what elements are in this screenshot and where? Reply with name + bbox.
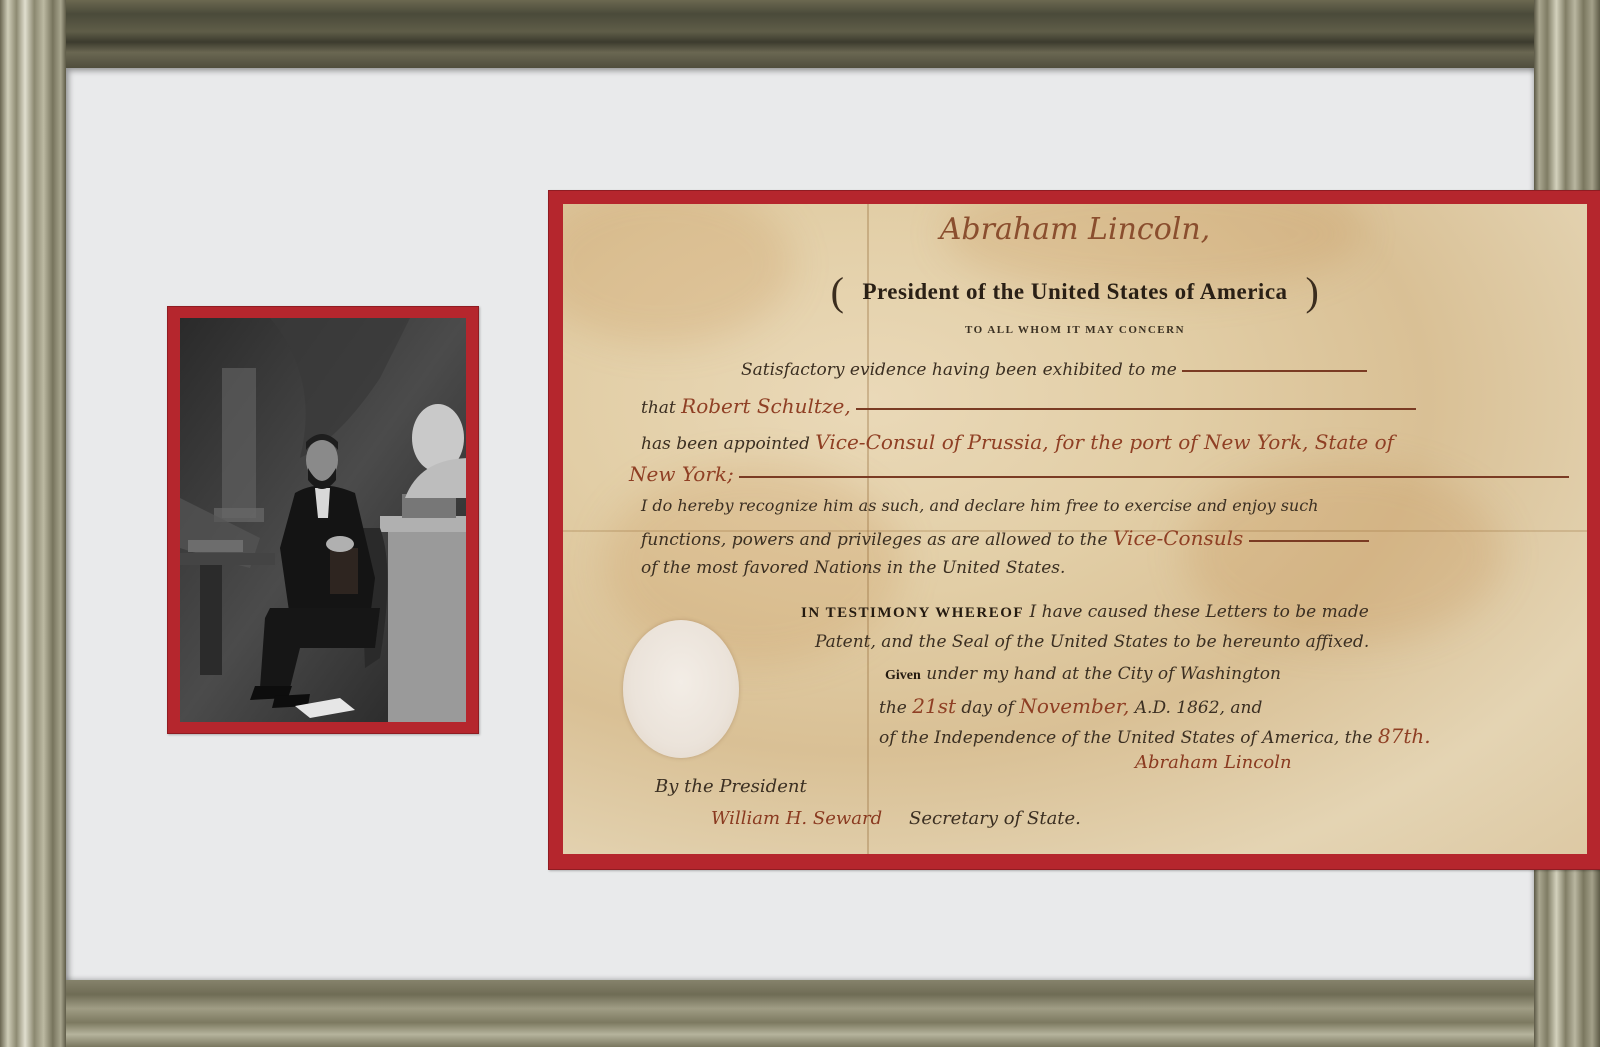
date-mid: day of [961,698,1014,718]
independence-text: of the Independence of the United States… [879,728,1373,748]
date-day: 21st [912,694,956,718]
embossed-seal [623,620,739,758]
president-signature: Abraham Lincoln [1135,752,1292,773]
line3-prefix: has been appointed [641,434,810,454]
given-text: under my hand at the City of Washington [926,664,1281,684]
portrait-illustration [180,318,466,722]
line6-prefix: functions, powers and privileges as are … [641,530,1108,550]
appointee-name: Robert Schultze, [681,394,851,418]
appointment-title: Vice-Consul of Prussia, for the port of … [815,430,1394,454]
independence-line: of the Independence of the United States… [879,724,1431,748]
secretary-title: Secretary of State. [909,808,1081,829]
text-line-2: that Robert Schultze, [641,394,1416,418]
date-month: November, [1019,694,1129,718]
flourish-right: ) [1306,269,1320,314]
lincoln-portrait-engraving [180,318,466,722]
commission-document: Abraham Lincoln, (President of the Unite… [563,204,1587,854]
testimony-line: IN TESTIMONY WHEREOF I have caused these… [801,602,1369,622]
testimony-text: I have caused these Letters to be made [1030,602,1369,622]
header-subtitle: TO ALL WHOM IT MAY CONCERN [563,324,1587,336]
vice-consuls-text: Vice-Consuls [1113,526,1243,550]
date-line: the 21st day of November, A.D. 1862, and [879,694,1262,718]
testimony-line-2: Patent, and the Seal of the United State… [815,632,1369,652]
text-line-7: of the most favored Nations in the Unite… [641,558,1065,578]
date-and: and [1230,698,1262,718]
testimony-label: IN TESTIMONY WHEREOF [801,605,1024,621]
header-title-text: President of the United States of Americ… [862,279,1287,304]
text-line-1: Satisfactory evidence having been exhibi… [741,360,1367,380]
text-line-3: has been appointed Vice-Consul of Prussi… [641,430,1394,454]
frame-left-rail [0,0,66,1047]
line2-prefix: that [641,398,676,418]
by-the-president: By the President [655,776,807,797]
date-prefix: the [879,698,907,718]
line1-text: Satisfactory evidence having been exhibi… [741,360,1177,380]
fill-rule [1249,540,1369,542]
frame-bottom-rail [0,977,1600,1047]
text-line-6: functions, powers and privileges as are … [641,526,1369,550]
fill-rule [739,476,1569,478]
text-line-4: New York; [629,462,1569,486]
header-president-name: Abraham Lincoln, [563,212,1587,247]
frame-top-rail [0,0,1600,70]
flourish-left: ( [831,269,845,314]
independence-year: 87th. [1378,724,1431,748]
given-line: Given under my hand at the City of Washi… [885,664,1281,684]
given-label: Given [885,668,921,683]
state-name: New York; [629,462,734,486]
text-line-5: I do hereby recognize him as such, and d… [641,496,1318,515]
fill-rule [1182,370,1367,372]
date-year: A.D. 1862, [1135,698,1225,718]
fill-rule [856,408,1416,410]
secretary-signature: William H. Seward [711,808,882,829]
header-title: (President of the United States of Ameri… [563,268,1587,315]
